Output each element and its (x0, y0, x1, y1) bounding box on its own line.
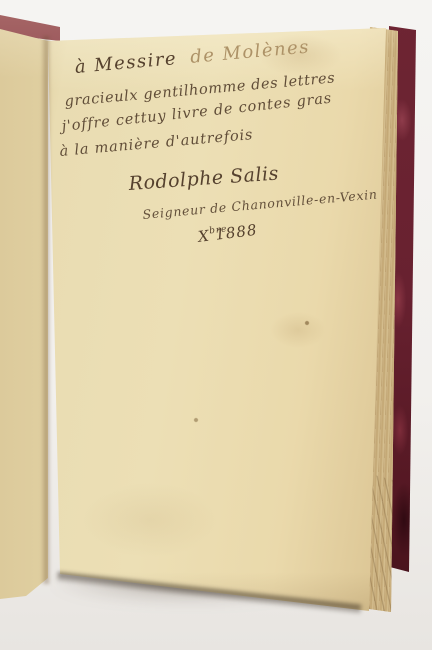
gutter-shadow (41, 36, 51, 584)
book-photograph: à Messire de Molènes gracieulx gentilhom… (0, 0, 432, 650)
